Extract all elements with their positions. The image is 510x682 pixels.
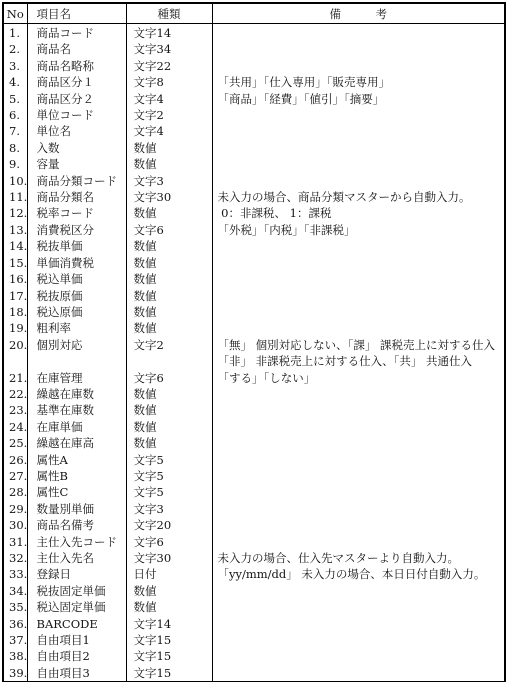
cell-row-number: 9. [3, 156, 27, 172]
cell-item-name: 属性A [27, 452, 126, 468]
table-row: 21. 在庫管理 文字6 「する」「しない」 [3, 370, 505, 386]
cell-row-number: 2. [3, 41, 27, 57]
table-row: 17. 税抜原価 数値 [3, 288, 505, 304]
cell-remarks [212, 238, 505, 254]
cell-item-name: 属性B [27, 468, 126, 484]
cell-item-name: 商品名略称 [27, 58, 126, 74]
cell-type: 文字30 [126, 550, 212, 566]
cell-type: 数値 [126, 320, 212, 336]
cell-type: 文字2 [126, 107, 212, 123]
cell-item-name: 商品区分１ [27, 74, 126, 90]
table-row: 14. 税抜単価 数値 [3, 238, 505, 254]
cell-type: 文字8 [126, 74, 212, 90]
cell-item-name: 自由項目3 [27, 665, 126, 682]
cell-remarks [212, 452, 505, 468]
cell-remarks [212, 599, 505, 615]
cell-row-number: 34. [3, 583, 27, 599]
table-row: 30. 商品名備考 文字20 [3, 517, 505, 533]
table-row: 32. 主仕入先名 文字30 未入力の場合、仕入先マスターより自動入力。 [3, 550, 505, 566]
cell-type: 文字20 [126, 517, 212, 533]
cell-type: 数値 [126, 304, 212, 320]
table-row: 36. BARCODE 文字14 [3, 616, 505, 632]
cell-remarks [212, 24, 505, 42]
cell-row-number: 5. [3, 91, 27, 107]
table-row: 27. 属性B 文字5 [3, 468, 505, 484]
cell-type: 数値 [126, 386, 212, 402]
cell-item-name: 単位コード [27, 107, 126, 123]
cell-type: 数値 [126, 255, 212, 271]
table-row: 38. 自由項目2 文字15 [3, 648, 505, 664]
cell-item-name: 自由項目2 [27, 648, 126, 664]
cell-remarks: 「無」 個別対応しない、「課」 課税売上に対する仕入 「非」 非課税売上に対する… [212, 337, 505, 370]
table-row: 33. 登録日 日付 「yy/mm/dd」 未入力の場合、本日日付自動入力。 [3, 566, 505, 582]
cell-type: 文字6 [126, 370, 212, 386]
cell-item-name: 自由項目1 [27, 632, 126, 648]
field-spec-table: No 項目名 種類 備 考 1. 商品コード 文字14 2. 商品名 文字34 … [2, 2, 506, 682]
cell-remarks [212, 271, 505, 287]
cell-row-number: 28. [3, 484, 27, 500]
cell-row-number: 19. [3, 320, 27, 336]
table-row: 22. 繰越在庫数 数値 [3, 386, 505, 402]
cell-type: 数値 [126, 140, 212, 156]
cell-type: 文字6 [126, 222, 212, 238]
table-row: 28. 属性C 文字5 [3, 484, 505, 500]
cell-type: 文字14 [126, 616, 212, 632]
cell-item-name: BARCODE [27, 616, 126, 632]
cell-row-number: 29. [3, 501, 27, 517]
cell-row-number: 16. [3, 271, 27, 287]
table-row: 3. 商品名略称 文字22 [3, 58, 505, 74]
cell-row-number: 30. [3, 517, 27, 533]
cell-remarks: 「yy/mm/dd」 未入力の場合、本日日付自動入力。 [212, 566, 505, 582]
cell-type: 文字22 [126, 58, 212, 74]
cell-type: 文字3 [126, 173, 212, 189]
cell-remarks [212, 517, 505, 533]
cell-remarks [212, 255, 505, 271]
cell-item-name: 商品分類名 [27, 189, 126, 205]
cell-type: 数値 [126, 238, 212, 254]
cell-type: 数値 [126, 271, 212, 287]
cell-type: 文字4 [126, 123, 212, 139]
cell-row-number: 38. [3, 648, 27, 664]
column-header-remarks: 備 考 [212, 3, 505, 24]
cell-type: 文字2 [126, 337, 212, 370]
cell-item-name: 個別対応 [27, 337, 126, 370]
cell-item-name: 主仕入先名 [27, 550, 126, 566]
cell-remarks: 「共用」「仕入専用」「販売専用」 [212, 74, 505, 90]
cell-type: 文字34 [126, 41, 212, 57]
cell-remarks [212, 320, 505, 336]
cell-type: 文字5 [126, 452, 212, 468]
header-row: No 項目名 種類 備 考 [3, 3, 505, 24]
cell-remarks [212, 123, 505, 139]
cell-row-number: 33. [3, 566, 27, 582]
cell-remarks [212, 435, 505, 451]
cell-row-number: 36. [3, 616, 27, 632]
table-row: 23. 基準在庫数 数値 [3, 402, 505, 418]
cell-remarks [212, 484, 505, 500]
table-row: 31. 主仕入先コード 文字6 [3, 534, 505, 550]
cell-item-name: 税抜原価 [27, 288, 126, 304]
table-row: 4. 商品区分１ 文字8 「共用」「仕入専用」「販売専用」 [3, 74, 505, 90]
cell-remarks: 未入力の場合、仕入先マスターより自動入力。 [212, 550, 505, 566]
cell-remarks: 「外税」「内税」「非課税」 [212, 222, 505, 238]
cell-remarks [212, 402, 505, 418]
column-header-item-name: 項目名 [27, 3, 126, 24]
cell-type: 文字15 [126, 632, 212, 648]
cell-item-name: 基準在庫数 [27, 402, 126, 418]
cell-type: 文字15 [126, 648, 212, 664]
cell-item-name: 繰越在庫高 [27, 435, 126, 451]
cell-type: 文字4 [126, 91, 212, 107]
table-row: 2. 商品名 文字34 [3, 41, 505, 57]
cell-row-number: 25. [3, 435, 27, 451]
cell-remarks [212, 107, 505, 123]
cell-item-name: 数量別単価 [27, 501, 126, 517]
table-row: 1. 商品コード 文字14 [3, 24, 505, 42]
cell-row-number: 3. [3, 58, 27, 74]
table-row: 34. 税抜固定単価 数値 [3, 583, 505, 599]
cell-item-name: 商品区分２ [27, 91, 126, 107]
table-row: 7. 単位名 文字4 [3, 123, 505, 139]
cell-item-name: 税抜固定単価 [27, 583, 126, 599]
cell-row-number: 21. [3, 370, 27, 386]
table-row: 9. 容量 数値 [3, 156, 505, 172]
cell-type: 文字5 [126, 484, 212, 500]
cell-type: 数値 [126, 435, 212, 451]
cell-remarks: 0：非課税、 1：課税 [212, 205, 505, 221]
cell-row-number: 32. [3, 550, 27, 566]
table-row: 24. 在庫単価 数値 [3, 419, 505, 435]
cell-row-number: 24. [3, 419, 27, 435]
cell-item-name: 容量 [27, 156, 126, 172]
cell-remarks: 「する」「しない」 [212, 370, 505, 386]
table-row: 10. 商品分類コード 文字3 [3, 173, 505, 189]
cell-item-name: 商品名 [27, 41, 126, 57]
cell-row-number: 27. [3, 468, 27, 484]
cell-row-number: 13. [3, 222, 27, 238]
cell-item-name: 税込原価 [27, 304, 126, 320]
cell-type: 数値 [126, 599, 212, 615]
cell-remarks [212, 468, 505, 484]
cell-row-number: 18. [3, 304, 27, 320]
table-row: 12. 税率コード 数値 0：非課税、 1：課税 [3, 205, 505, 221]
table-header: No 項目名 種類 備 考 [3, 3, 505, 24]
cell-row-number: 6. [3, 107, 27, 123]
table-row: 13. 消費税区分 文字6 「外税」「内税」「非課税」 [3, 222, 505, 238]
cell-row-number: 39. [3, 665, 27, 682]
table-row: 25. 繰越在庫高 数値 [3, 435, 505, 451]
cell-row-number: 11. [3, 189, 27, 205]
cell-row-number: 7. [3, 123, 27, 139]
cell-remarks [212, 501, 505, 517]
cell-item-name: 税込単価 [27, 271, 126, 287]
cell-row-number: 31. [3, 534, 27, 550]
cell-remarks [212, 156, 505, 172]
cell-item-name: 在庫管理 [27, 370, 126, 386]
cell-item-name: 入数 [27, 140, 126, 156]
table-row: 39. 自由項目3 文字15 [3, 665, 505, 682]
cell-type: 文字6 [126, 534, 212, 550]
cell-remarks [212, 665, 505, 682]
table-row: 35. 税込固定単価 数値 [3, 599, 505, 615]
table-row: 37. 自由項目1 文字15 [3, 632, 505, 648]
cell-row-number: 14. [3, 238, 27, 254]
cell-row-number: 10. [3, 173, 27, 189]
cell-row-number: 23. [3, 402, 27, 418]
cell-type: 数値 [126, 156, 212, 172]
table-row: 15. 単価消費税 数値 [3, 255, 505, 271]
cell-remarks [212, 648, 505, 664]
cell-type: 文字5 [126, 468, 212, 484]
cell-row-number: 12. [3, 205, 27, 221]
cell-row-number: 1. [3, 24, 27, 42]
cell-remarks [212, 632, 505, 648]
cell-remarks: 未入力の場合、商品分類マスターから自動入力。 [212, 189, 505, 205]
table-row: 16. 税込単価 数値 [3, 271, 505, 287]
cell-item-name: 税抜単価 [27, 238, 126, 254]
cell-row-number: 35. [3, 599, 27, 615]
cell-row-number: 26. [3, 452, 27, 468]
cell-type: 数値 [126, 419, 212, 435]
table-row: 5. 商品区分２ 文字4 「商品」「経費」「値引」「摘要」 [3, 91, 505, 107]
table-row: 8. 入数 数値 [3, 140, 505, 156]
cell-remarks [212, 58, 505, 74]
cell-item-name: 粗利率 [27, 320, 126, 336]
cell-remarks [212, 386, 505, 402]
table-row: 11. 商品分類名 文字30 未入力の場合、商品分類マスターから自動入力。 [3, 189, 505, 205]
cell-type: 数値 [126, 402, 212, 418]
table-row: 19. 粗利率 数値 [3, 320, 505, 336]
table-body: 1. 商品コード 文字14 2. 商品名 文字34 3. 商品名略称 文字22 … [3, 24, 505, 682]
cell-item-name: 消費税区分 [27, 222, 126, 238]
cell-remarks [212, 534, 505, 550]
cell-item-name: 登録日 [27, 566, 126, 582]
cell-row-number: 20. [3, 337, 27, 370]
cell-remarks [212, 419, 505, 435]
cell-item-name: 繰越在庫数 [27, 386, 126, 402]
cell-type: 文字15 [126, 665, 212, 682]
cell-item-name: 単価消費税 [27, 255, 126, 271]
table-row: 26. 属性A 文字5 [3, 452, 505, 468]
cell-type: 文字14 [126, 24, 212, 42]
cell-item-name: 税込固定単価 [27, 599, 126, 615]
cell-remarks [212, 173, 505, 189]
cell-remarks [212, 140, 505, 156]
cell-type: 数値 [126, 288, 212, 304]
cell-item-name: 主仕入先コード [27, 534, 126, 550]
table-row: 20. 個別対応 文字2 「無」 個別対応しない、「課」 課税売上に対する仕入 … [3, 337, 505, 370]
cell-type: 日付 [126, 566, 212, 582]
cell-row-number: 15. [3, 255, 27, 271]
cell-type: 文字3 [126, 501, 212, 517]
cell-item-name: 在庫単価 [27, 419, 126, 435]
cell-type: 数値 [126, 583, 212, 599]
document-page: No 項目名 種類 備 考 1. 商品コード 文字14 2. 商品名 文字34 … [0, 0, 510, 682]
table-row: 29. 数量別単価 文字3 [3, 501, 505, 517]
cell-row-number: 4. [3, 74, 27, 90]
table-row: 18. 税込原価 数値 [3, 304, 505, 320]
cell-item-name: 商品名備考 [27, 517, 126, 533]
cell-item-name: 税率コード [27, 205, 126, 221]
cell-item-name: 単位名 [27, 123, 126, 139]
column-header-type: 種類 [126, 3, 212, 24]
cell-remarks [212, 41, 505, 57]
cell-remarks: 「商品」「経費」「値引」「摘要」 [212, 91, 505, 107]
cell-type: 数値 [126, 205, 212, 221]
cell-row-number: 37. [3, 632, 27, 648]
cell-remarks [212, 583, 505, 599]
table-row: 6. 単位コード 文字2 [3, 107, 505, 123]
cell-type: 文字30 [126, 189, 212, 205]
cell-remarks [212, 304, 505, 320]
cell-item-name: 商品コード [27, 24, 126, 42]
cell-item-name: 属性C [27, 484, 126, 500]
cell-item-name: 商品分類コード [27, 173, 126, 189]
column-header-no: No [3, 3, 27, 24]
cell-remarks [212, 288, 505, 304]
cell-remarks [212, 616, 505, 632]
cell-row-number: 17. [3, 288, 27, 304]
cell-row-number: 22. [3, 386, 27, 402]
cell-row-number: 8. [3, 140, 27, 156]
